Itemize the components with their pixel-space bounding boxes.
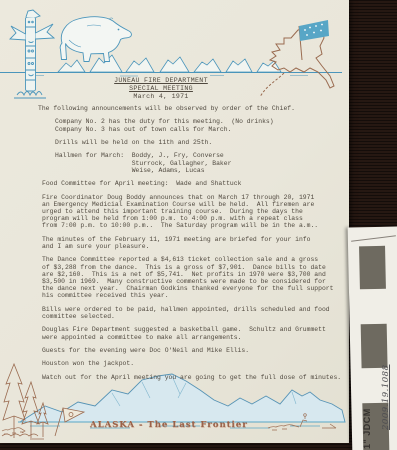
food-committee-line: Food Committee for April meeting: Wade a…	[42, 180, 349, 187]
bills-ordered-line: Bills were ordered to be paid, hallmen a…	[42, 306, 349, 320]
polar-bear-icon	[55, 10, 141, 70]
letterhead-slogan: ALASKA - The Last Frontier	[90, 420, 248, 430]
basketball-game-line: Douglas Fire Department suggested a bask…	[42, 326, 349, 340]
letter-body: The following announcements will be obse…	[0, 105, 349, 387]
april-warning-line: Watch out for the April meeting you are …	[42, 374, 349, 381]
training-course-paragraph: Fire Coordinator Doug Boddy announces th…	[42, 194, 349, 230]
dance-committee-report: The Dance Committee reported a $4,613 ti…	[42, 256, 349, 299]
hallmen-list: Hallmen for March: Boddy, J., Fry, Conve…	[55, 152, 349, 174]
minutes-note: The minutes of the February 11, 1971 mee…	[42, 236, 349, 250]
scale-ruler-label: 1" JDCM	[362, 408, 372, 449]
company-duty-lines: Company No. 2 has the duty for this meet…	[55, 118, 349, 132]
letterhead-paper: JUNEAU FIRE DEPARTMENT SPECIAL MEETING M…	[0, 0, 349, 443]
document-header: JUNEAU FIRE DEPARTMENT SPECIAL MEETING M…	[0, 77, 322, 100]
scanned-document: JUNEAU FIRE DEPARTMENT SPECIAL MEETING M…	[0, 0, 397, 450]
jackpot-line: Houston won the jackpot.	[42, 360, 349, 367]
scale-block	[361, 324, 388, 369]
meeting-type: SPECIAL MEETING	[0, 85, 322, 93]
scale-block	[359, 246, 386, 290]
accession-number-handwriting: 2009.19.1088	[381, 365, 391, 430]
meeting-date: March 4, 1971	[0, 93, 322, 101]
drills-schedule-line: Drills will be held on the 11th and 25th…	[55, 139, 349, 146]
intro-line: The following announcements will be obse…	[38, 105, 349, 112]
alaska-flag-icon	[299, 20, 329, 41]
guests-line: Guests for the evening were Doc O'Neil a…	[42, 347, 349, 354]
org-title: JUNEAU FIRE DEPARTMENT	[0, 77, 322, 85]
